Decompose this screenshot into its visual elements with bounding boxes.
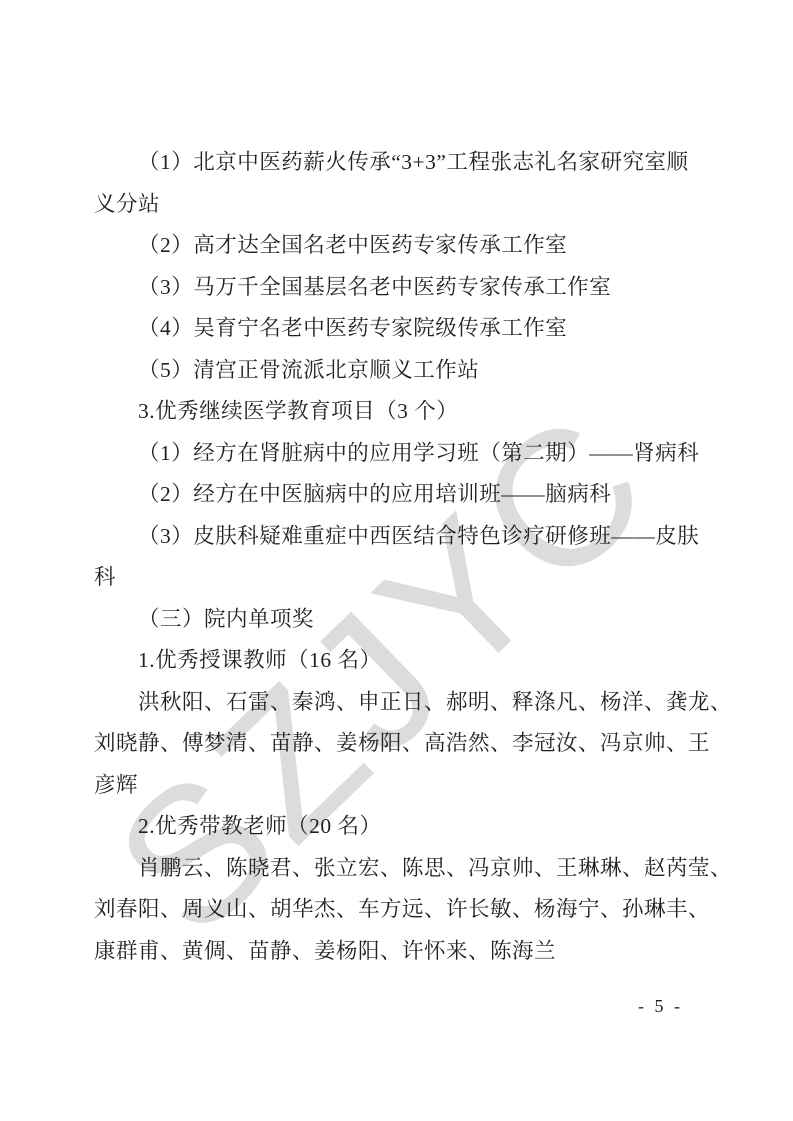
page-number: - 5 - [638, 996, 683, 1017]
document-line: （2）经方在中医脑病中的应用培训班——脑病科 [94, 474, 700, 516]
document-line: 刘春阳、周义山、胡华杰、车方远、许长敏、杨海宁、孙琳丰、 [94, 889, 700, 931]
document-line: 康群甫、黄倜、苗静、姜杨阳、许怀来、陈海兰 [94, 931, 700, 973]
document-line: 肖鹏云、陈晓君、张立宏、陈思、冯京帅、王琳琳、赵芮莹、 [94, 848, 700, 890]
document-line: （3）马万千全国基层名老中医药专家传承工作室 [94, 267, 700, 309]
document-line: （2）高才达全国名老中医药专家传承工作室 [94, 225, 700, 267]
document-line: （三）院内单项奖 [94, 599, 700, 641]
document-page: SZJYC （1）北京中医药薪火传承“3+3”工程张志礼名家研究室顺义分站（2）… [0, 0, 793, 1121]
document-line: 刘晓静、傅梦清、苗静、姜杨阳、高浩然、李冠汝、冯京帅、王 [94, 723, 700, 765]
document-line: 洪秋阳、石雷、秦鸿、申正日、郝明、释涤凡、杨洋、龚龙、 [94, 682, 700, 724]
document-line: （3）皮肤科疑难重症中西医结合特色诊疗研修班——皮肤 [94, 516, 700, 558]
document-line: 2.优秀带教老师（20 名） [94, 806, 700, 848]
document-line: （5）清宫正骨流派北京顺义工作站 [94, 350, 700, 392]
document-line: 3.优秀继续医学教育项目（3 个） [94, 391, 700, 433]
document-line: （1）北京中医药薪火传承“3+3”工程张志礼名家研究室顺 [94, 142, 700, 184]
document-line: （4）吴育宁名老中医药专家院级传承工作室 [94, 308, 700, 350]
document-line: 义分站 [94, 184, 700, 226]
document-line: 彦辉 [94, 765, 700, 807]
document-line: （1）经方在肾脏病中的应用学习班（第二期）——肾病科 [94, 433, 700, 475]
document-line: 科 [94, 557, 700, 599]
document-body: （1）北京中医药薪火传承“3+3”工程张志礼名家研究室顺义分站（2）高才达全国名… [94, 142, 700, 972]
document-line: 1.优秀授课教师（16 名） [94, 640, 700, 682]
